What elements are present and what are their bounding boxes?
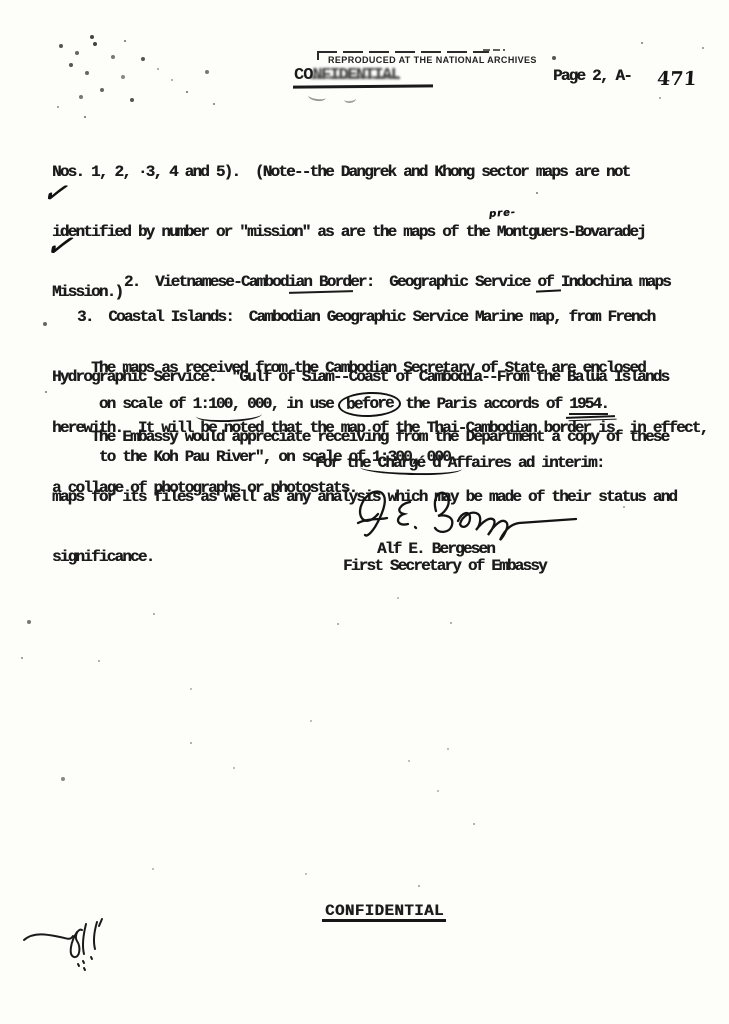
text-line: The maps as received from the Cambodian …: [52, 358, 707, 378]
handwritten-signature: [352, 480, 582, 542]
handwritten-insert-pre: pre-: [488, 203, 516, 225]
stamp-smear-mark: [344, 94, 357, 103]
archives-stamp-box-tick: [317, 51, 319, 60]
archives-stamp-box-line: [317, 51, 489, 53]
stamp-smear-mark: [307, 91, 326, 102]
handwritten-margin-scribble: [20, 910, 135, 990]
page-label: Page 2, A-: [553, 66, 631, 86]
text-line: The Embassy would appreciate receiving f…: [52, 427, 676, 447]
signature-intro: For the Chargé d'Affaires ad interim:: [315, 453, 604, 473]
top-classification-stamp: CONFIDENTIAL: [294, 66, 399, 85]
checkmark-icon: ✓: [40, 181, 71, 206]
page-number-stamp: 471: [656, 68, 697, 90]
signatory-title: First Secretary of Embassy: [343, 556, 546, 576]
checkmark-icon: ✓: [43, 234, 76, 260]
archives-stamp-dash: [483, 49, 505, 51]
footer-classification-underline: [322, 919, 446, 922]
top-classification-underline: [293, 84, 433, 88]
classification-smudged-part: NFIDENTIAL: [312, 66, 399, 85]
archives-stamp-text: REPRODUCED AT THE NATIONAL ARCHIVES: [328, 55, 537, 65]
scan-noise-specks: [0, 0, 2, 2]
scanned-document-page: REPRODUCED AT THE NATIONAL ARCHIVES CONF…: [0, 0, 729, 1024]
text-line: Nos. 1, 2, ·3, 4 and 5). (Note--the Dang…: [52, 162, 645, 182]
footer-classification: CONFIDENTIAL: [325, 901, 444, 921]
